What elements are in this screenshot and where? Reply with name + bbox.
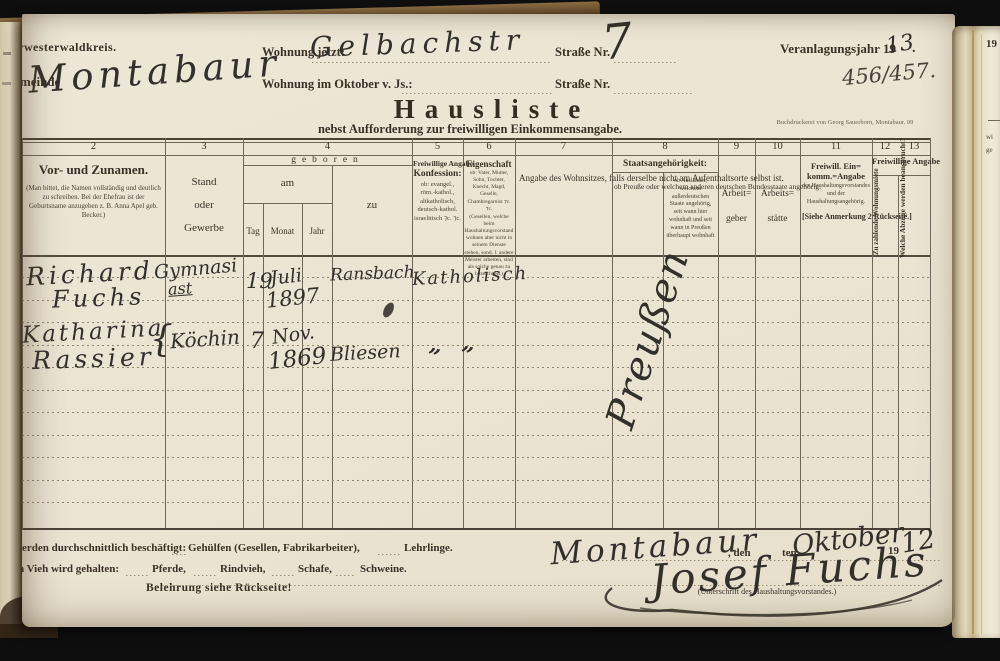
page-stack-seam <box>972 30 974 634</box>
rindvieh-label: Rindvieh, <box>220 563 266 575</box>
entry2-geb-tag: 7 <box>250 329 264 354</box>
einkommen-title2: komm.=Angabe <box>802 171 870 181</box>
names-column-note: (Man bittet, die Namen vollständig und d… <box>26 184 161 220</box>
einkommen-bracket: [Siehe Anmerkung 2 Rückseite.] <box>802 210 870 224</box>
eigenschaft-header: Eigenschaft ob: Vater, Mutter, Sohn, Toc… <box>464 159 514 278</box>
stand-line1: Stand <box>165 171 243 194</box>
belehrung-note: Belehrung siehe Rückseite! <box>146 582 292 594</box>
eigenschaft-sub: ob: Vater, Mutter, Sohn, Tochter, Knecht… <box>464 170 514 213</box>
col-number-11: 11 <box>800 141 872 152</box>
col-number-12: 12 <box>872 141 898 152</box>
column-divider <box>612 138 613 528</box>
geboren-zu-label: zu <box>332 199 412 211</box>
next-page-text-fragment-2: ge <box>986 146 993 154</box>
geboren-tag-label: Tag <box>242 226 264 236</box>
staat-left-subheader: ob Preuße oder welchem anderen deutschen… <box>614 182 661 193</box>
staat-handwritten-note: Preußen <box>592 227 704 450</box>
entry2-nachname: Rassier <box>32 342 156 375</box>
arbeitgeber-line1: Arbeit= <box>718 182 755 207</box>
entry1-nachname: Fuchs <box>52 282 146 313</box>
entry2-geb-jahr: 1869 <box>267 343 328 375</box>
konfession-note: ob: evangel., röm.-kathol., altkatholisc… <box>413 181 462 223</box>
col-number-2: 2 <box>22 141 165 152</box>
entry1-stand-line2: ast <box>167 278 192 299</box>
next-page-line-fragment <box>988 120 1000 121</box>
arbeitsstaette-header: Arbeits= stätte <box>755 182 800 231</box>
col-number-10: 10 <box>755 141 800 152</box>
vieh-label: An Vieh wird gehalten: <box>22 563 119 575</box>
row-rule <box>22 502 930 503</box>
pferde-label: Pferde, <box>152 563 186 575</box>
miete-rotated-header: Zu zahlende Wohnungsmiete <box>872 175 898 255</box>
veranlagungsjahr-handwritten: 13 <box>884 30 915 59</box>
signature-caption: (Unterschrift des Haushaltungsvorstandes… <box>662 587 872 596</box>
signature-flourish <box>582 570 955 622</box>
schweine-blank <box>336 575 356 576</box>
stand-line2: oder <box>165 194 243 217</box>
beschaeftigt-label: werden durchschnittlich beschäftigt: <box>22 542 186 554</box>
eigenschaft-title: Eigenschaft <box>464 159 514 169</box>
col-number-5: 5 <box>412 141 463 152</box>
column-divider <box>515 138 516 528</box>
lehrlinge-label: Lehrlinge. <box>404 542 453 554</box>
gehuelfen-label: Gehülfen (Gesellen, Fabrikarbeiter), <box>188 542 360 554</box>
einkommen-header: Freiwill. Ein= komm.=Angabe des Haushalt… <box>802 161 870 224</box>
schafe-blank <box>272 575 294 576</box>
pferde-blank <box>126 575 148 576</box>
gehuelfen-blank <box>172 554 186 555</box>
geboren-jahr-label: Jahr <box>302 226 332 236</box>
form-title: Hausliste <box>322 94 662 125</box>
schweine-label: Schweine. <box>360 563 407 575</box>
previous-page-edge <box>0 22 22 624</box>
arbeitgeber-line2: geber <box>718 207 755 232</box>
arbeitsstaette-line1: Arbeits= <box>755 182 800 207</box>
konfession-title1: Freiwillige Angabe. <box>413 159 462 168</box>
arbeitgeber-header: Arbeit= geber <box>718 182 755 231</box>
veranlagungsjahr-label: Veranlagungsjahr 19 <box>780 41 896 57</box>
rindvieh-blank <box>194 575 216 576</box>
wohnung-oktober-label: Wohnung im Oktober v. Js.: <box>262 77 413 92</box>
scanned-book-photo: Unterwesterwaldkreis. Gemeinde Montabaur… <box>0 0 1000 661</box>
entry1-geb-jahr: 1897 <box>265 283 321 312</box>
konfession-title2: Konfession: <box>413 169 462 179</box>
col-number-3: 3 <box>165 141 243 152</box>
names-column-title: Vor- und Zunamen. <box>22 162 165 178</box>
lehrlinge-blank <box>378 554 400 555</box>
geboren-header: geboren <box>243 155 412 165</box>
geboren-monat-label: Monat <box>263 226 302 236</box>
stand-line3: Gewerbe <box>165 217 243 240</box>
col-number-4: 4 <box>243 141 412 152</box>
row-rule <box>22 435 930 436</box>
row-rule <box>22 457 930 458</box>
ink-blot <box>381 301 396 319</box>
entry2-konfession-ditto: „ <box>427 331 445 359</box>
column-divider <box>243 138 244 528</box>
next-pages-edge <box>952 26 1000 638</box>
row-rule <box>22 390 930 391</box>
geboren-underline <box>243 165 412 166</box>
entry1-geb-ort: Ransbach <box>330 263 415 286</box>
next-page-number-fragment: 19 <box>986 38 997 50</box>
col-number-8: 8 <box>612 141 718 152</box>
table-top-border <box>22 138 930 140</box>
page-stack-seam <box>981 34 982 634</box>
entry2-geb-ort: Bliesen <box>329 340 401 366</box>
hausliste-form-page: Unterwesterwaldkreis. Gemeinde Montabaur… <box>22 14 955 627</box>
row-rule <box>22 367 930 368</box>
entry1-konfession: Katholisch <box>412 263 529 290</box>
strasse-nr-handwritten: 7 <box>599 14 635 71</box>
stand-column-header: Stand oder Gewerbe <box>165 171 243 240</box>
entry2-stand: Köchin <box>169 325 240 354</box>
staat-header-title: Staatsangehörigkeit: <box>612 159 718 169</box>
folio-number-handwritten: 456/457. <box>841 58 937 90</box>
arbeitsstaette-line2: stätte <box>755 207 800 232</box>
form-subtitle: nebst Aufforderung zur freiwilligen Eink… <box>270 122 670 137</box>
col-number-9: 9 <box>718 141 755 152</box>
page-fold-mark <box>2 82 11 85</box>
col-number-7: 7 <box>515 141 612 152</box>
wohnung-jetzt-handwritten: Gelbachstr <box>309 23 525 63</box>
next-page-text-fragment-1: wi <box>986 133 993 141</box>
col-number-6: 6 <box>463 141 515 152</box>
column-divider <box>800 138 801 528</box>
am-underline <box>243 203 332 204</box>
einkommen-note: des Haushaltungsvorstandes und der Haush… <box>802 183 870 206</box>
strasse-nr-label-2: Straße Nr. <box>555 77 610 92</box>
veranlagungsjahr-period: . <box>912 41 916 57</box>
page-fold-mark <box>3 52 11 55</box>
wohnsitz-header: Angabe des Wohnsitzes, falls derselbe ni… <box>519 172 608 186</box>
konfession-header: Freiwillige Angabe. Konfession: ob: evan… <box>413 159 462 223</box>
row-rule <box>22 412 930 413</box>
abzuege-rotated-header: Welche Abzüge werden beansprucht? <box>898 178 930 258</box>
geboren-am-label: am <box>243 177 332 189</box>
schafe-label: Schafe, <box>298 563 332 575</box>
printer-imprint: Buchdruckerei von Georg Sauerborn, Monta… <box>750 119 940 126</box>
table-right-border <box>930 138 931 530</box>
row-rule <box>22 300 930 301</box>
number-row-divider <box>22 155 930 156</box>
einkommen-title1: Freiwill. Ein= <box>802 161 870 171</box>
row-rule <box>22 480 930 481</box>
